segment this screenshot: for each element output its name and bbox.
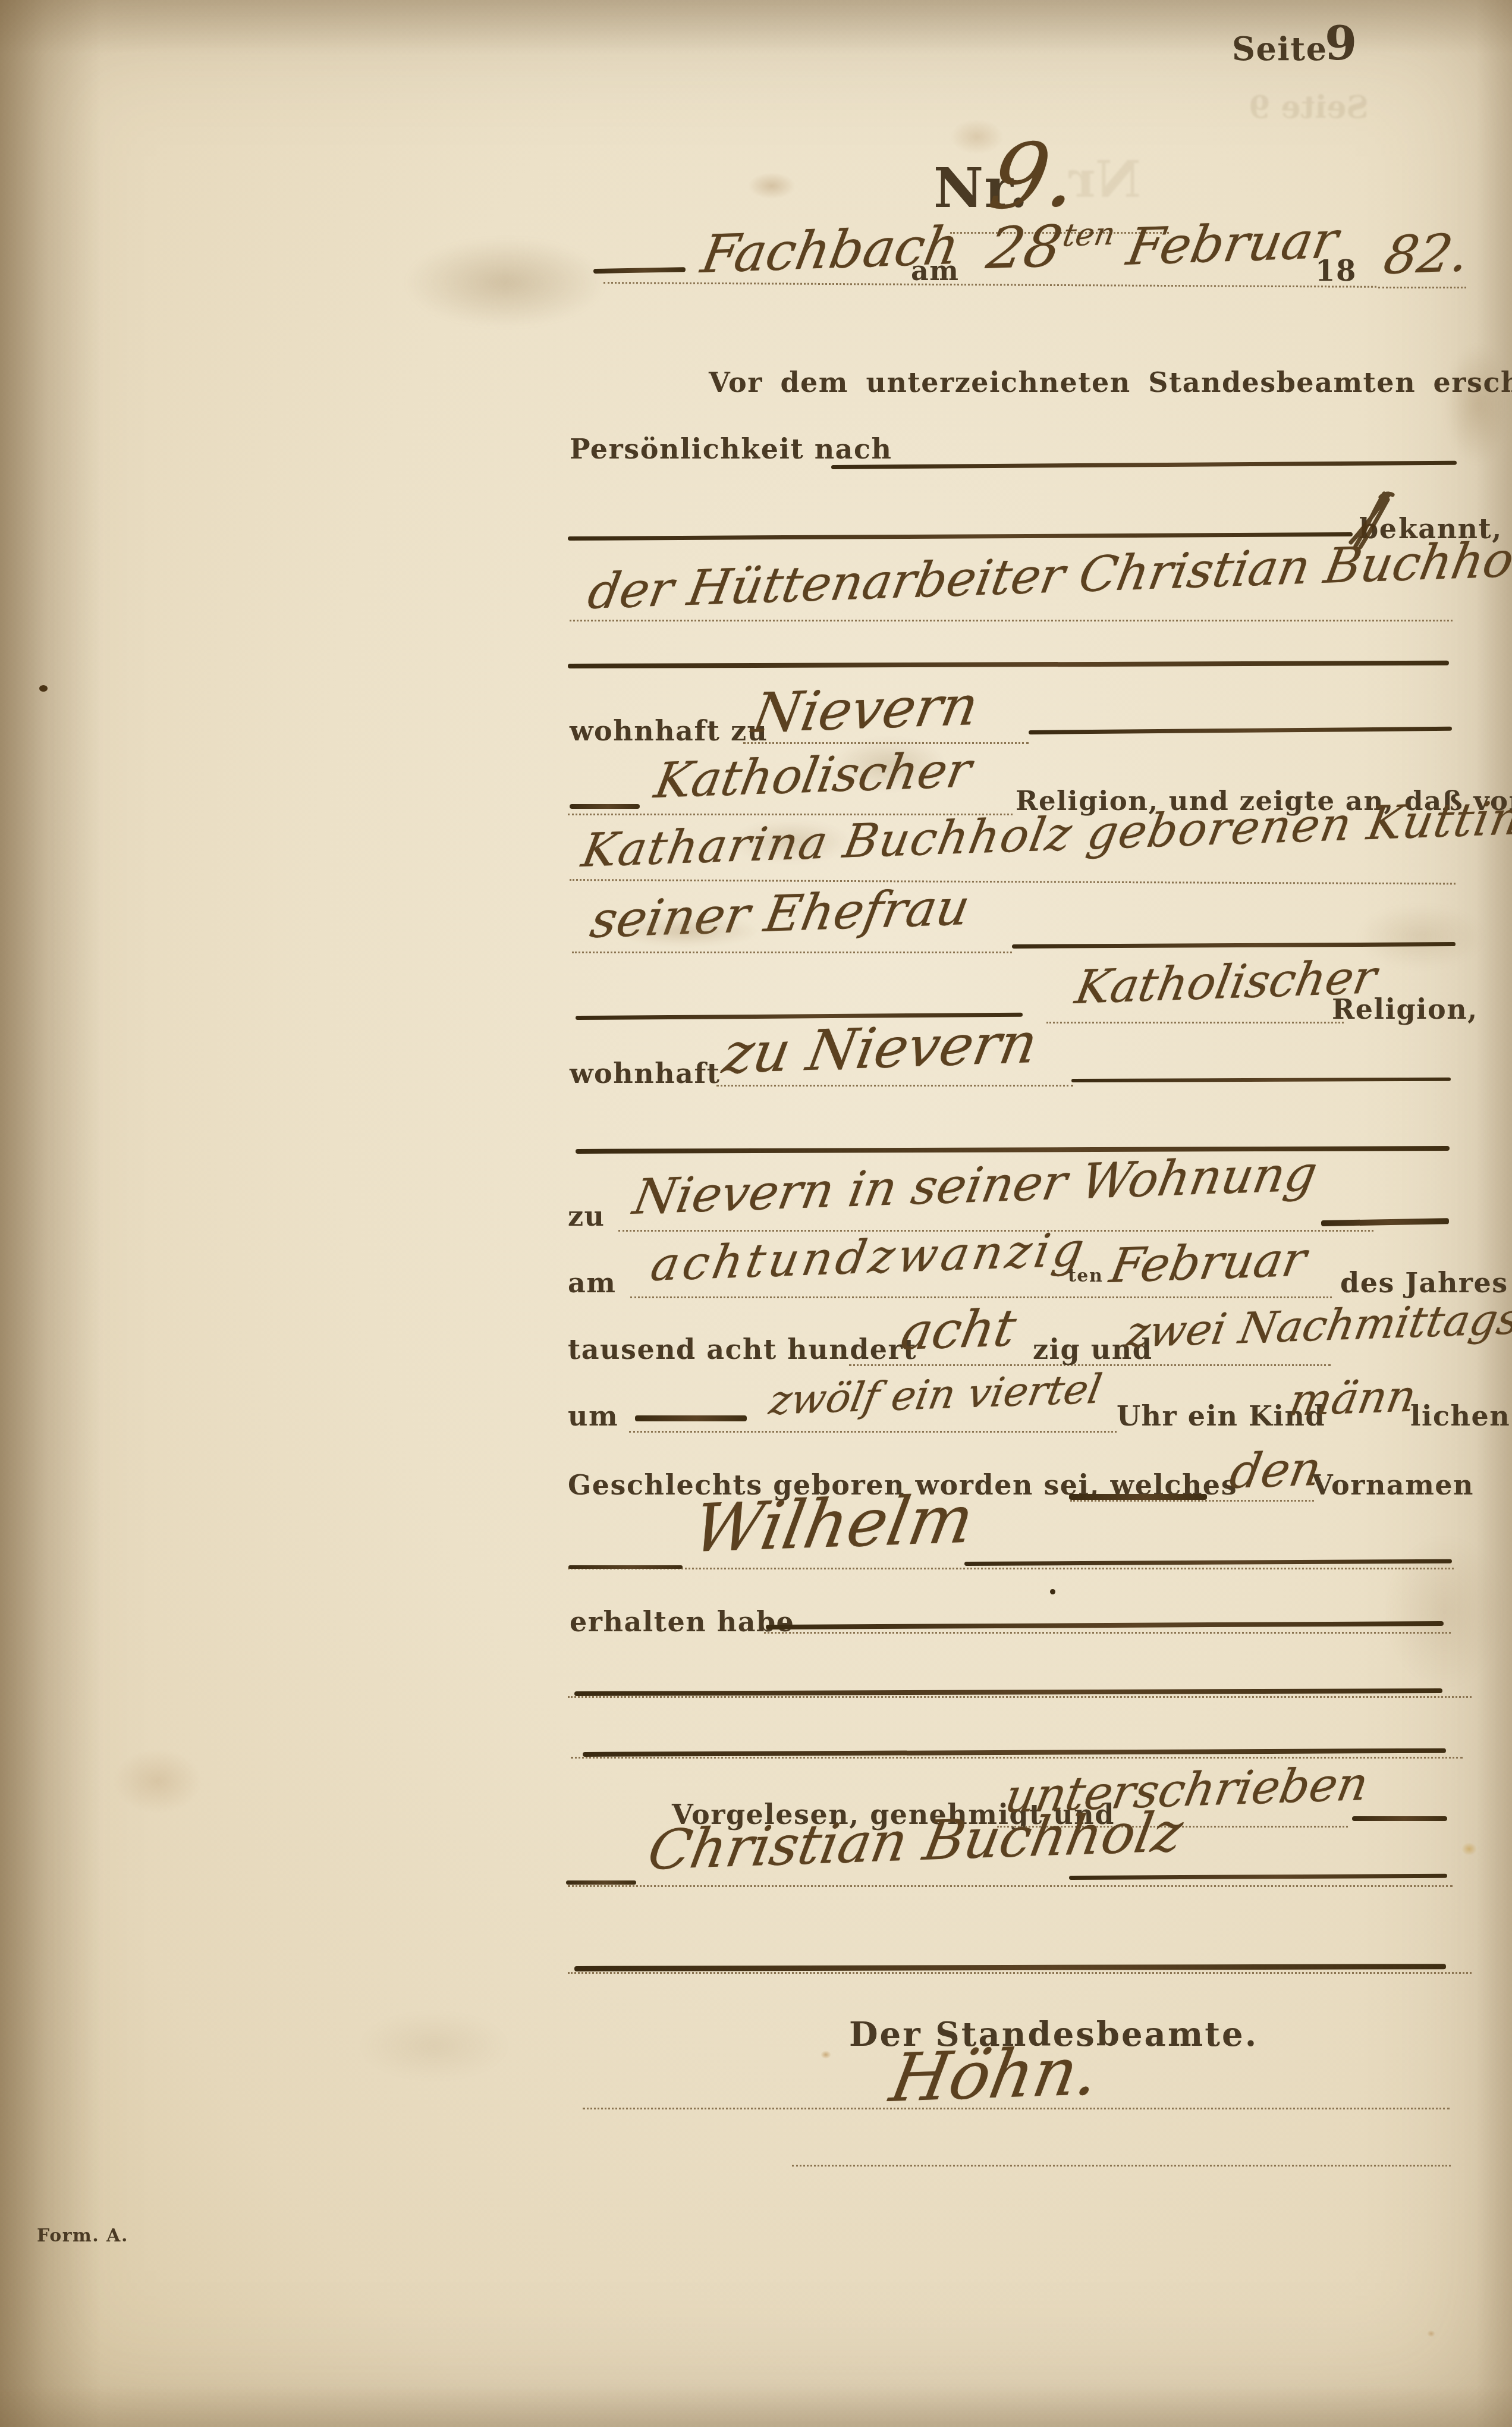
ink-dash: [1321, 1218, 1449, 1226]
child-name-handwritten: Wilhelm: [687, 1481, 979, 1568]
paper-stain: [950, 119, 1004, 155]
bleed-through-smear: [357, 2010, 511, 2081]
signature-rule: [568, 1885, 1453, 1887]
paper-stain: [1427, 2330, 1435, 2337]
blank-fill-line: [568, 661, 1449, 668]
page-number-label: Seite: [1232, 30, 1328, 68]
birth-day-handwritten: achtundzwanzig: [647, 1223, 1092, 1292]
gender-handwritten: männ: [1285, 1371, 1420, 1426]
fill-line: [1029, 727, 1452, 734]
fill-line: [1071, 1078, 1451, 1082]
erhalten-habe-label: erhalten habe: [570, 1606, 794, 1638]
mother-rule: [570, 879, 1456, 885]
am2-label: am: [568, 1267, 616, 1299]
dateline-century-printed: 18: [1315, 255, 1357, 288]
vornamen-label: Vornamen: [1312, 1469, 1474, 1501]
declarant-religion-handwritten: Katholischer: [650, 742, 976, 809]
blank-rule: [568, 1972, 1472, 1974]
zu-label: zu: [568, 1200, 605, 1232]
fill-line: [1012, 942, 1456, 949]
fill-line: [568, 532, 1353, 541]
lichen-printed: lichen: [1410, 1400, 1510, 1432]
wohnhaft-zu-label: wohnhaft zu: [570, 715, 768, 747]
binding-shadow: [0, 0, 101, 2427]
welches-rule: [1070, 1500, 1314, 1502]
birthdate-rule: [630, 1296, 1332, 1298]
declarant-residence-handwritten: Nievern: [748, 674, 983, 745]
paper-stain: [1461, 1842, 1477, 1855]
official-signature-handwritten: Höhn.: [885, 2033, 1105, 2117]
residence2-rule: [716, 1085, 1073, 1087]
erhalten-rule: [764, 1632, 1451, 1634]
name-rule: [568, 1568, 1454, 1569]
right-edge-shadow: [1476, 0, 1512, 2427]
birth-time-handwritten: zwölf ein viertel: [766, 1366, 1105, 1424]
dateline-day: 28: [982, 213, 1067, 282]
paper-stain: [821, 2051, 831, 2059]
dateline-day-handwritten: 28ten: [982, 211, 1119, 282]
bottom-rule: [792, 2165, 1451, 2167]
dateline-year-rule: [1378, 287, 1466, 288]
ink-dash: [1069, 1494, 1207, 1500]
bleed-through-smear: [404, 238, 606, 327]
ink-dash: [570, 804, 640, 809]
dateline-day-suffix: ten: [1060, 216, 1118, 254]
fill-line: [964, 1559, 1452, 1566]
paper-stain: [748, 172, 796, 199]
intro-line1: Vor dem unterzeichneten Standesbeamten e…: [709, 366, 1512, 398]
declarant-entry-handwritten: der Hüttenarbeiter Christian Buchholz: [584, 530, 1512, 620]
ink-dash: [566, 1880, 636, 1885]
tausend-label: tausend acht hundert: [568, 1333, 917, 1365]
dateline-month-handwritten: Februar: [1123, 211, 1343, 277]
fill-line: [766, 1621, 1444, 1629]
dateline-am-label: am: [911, 255, 959, 287]
religion2-rule: [1046, 1022, 1344, 1023]
form-label: Form. A.: [37, 2225, 128, 2246]
blank-fill-line: [574, 1964, 1446, 1971]
declarant-rule: [570, 620, 1453, 621]
fill-line: [831, 461, 1457, 469]
mother-residence-handwritten: zu Nievern: [718, 1011, 1042, 1087]
bleed-through-seite: Seite 9: [1249, 89, 1369, 125]
fill-line: [1069, 1874, 1447, 1880]
blank-fill-line: [583, 1748, 1446, 1757]
year-rest-handwritten: zwei Nachmittags: [1123, 1293, 1512, 1357]
birth-record-page: Seite 9 Nr Seite 9 Nr. 9. Fachbach am 28…: [0, 0, 1512, 2427]
ink-dash: [1352, 1816, 1447, 1821]
ink-dash: [568, 1565, 683, 1569]
page-number-value: 9: [1325, 17, 1358, 71]
time-rule: [629, 1431, 1117, 1433]
dateline-year-handwritten: 82.: [1379, 222, 1474, 286]
birth-day-suffix-printed: ten: [1068, 1266, 1103, 1286]
paper-stain: [113, 1748, 202, 1814]
ink-speck: [1050, 1589, 1055, 1594]
relation-rule: [572, 952, 1012, 953]
blank-fill-line: [574, 1688, 1442, 1696]
des-jahres-label: des Jahres: [1340, 1267, 1508, 1299]
intro-line2: Persönlichkeit nach: [570, 433, 892, 465]
year-decade-handwritten: acht: [897, 1298, 1020, 1362]
wohnhaft2-label: wohnhaft: [570, 1057, 720, 1090]
ink-dash: [593, 267, 686, 274]
ink-dash: [635, 1415, 747, 1421]
um-label: um: [568, 1400, 618, 1432]
blank-rule: [568, 1696, 1472, 1698]
bottom-edge-shadow: [0, 2385, 1512, 2427]
birthplace-handwritten: Nievern in seiner Wohnung: [629, 1145, 1321, 1226]
den-handwritten: den: [1226, 1441, 1326, 1499]
birth-month-handwritten: Februar: [1106, 1232, 1310, 1293]
mother-relation-handwritten: seiner Ehefrau: [586, 878, 975, 949]
religion2-printed: Religion,: [1332, 993, 1478, 1025]
